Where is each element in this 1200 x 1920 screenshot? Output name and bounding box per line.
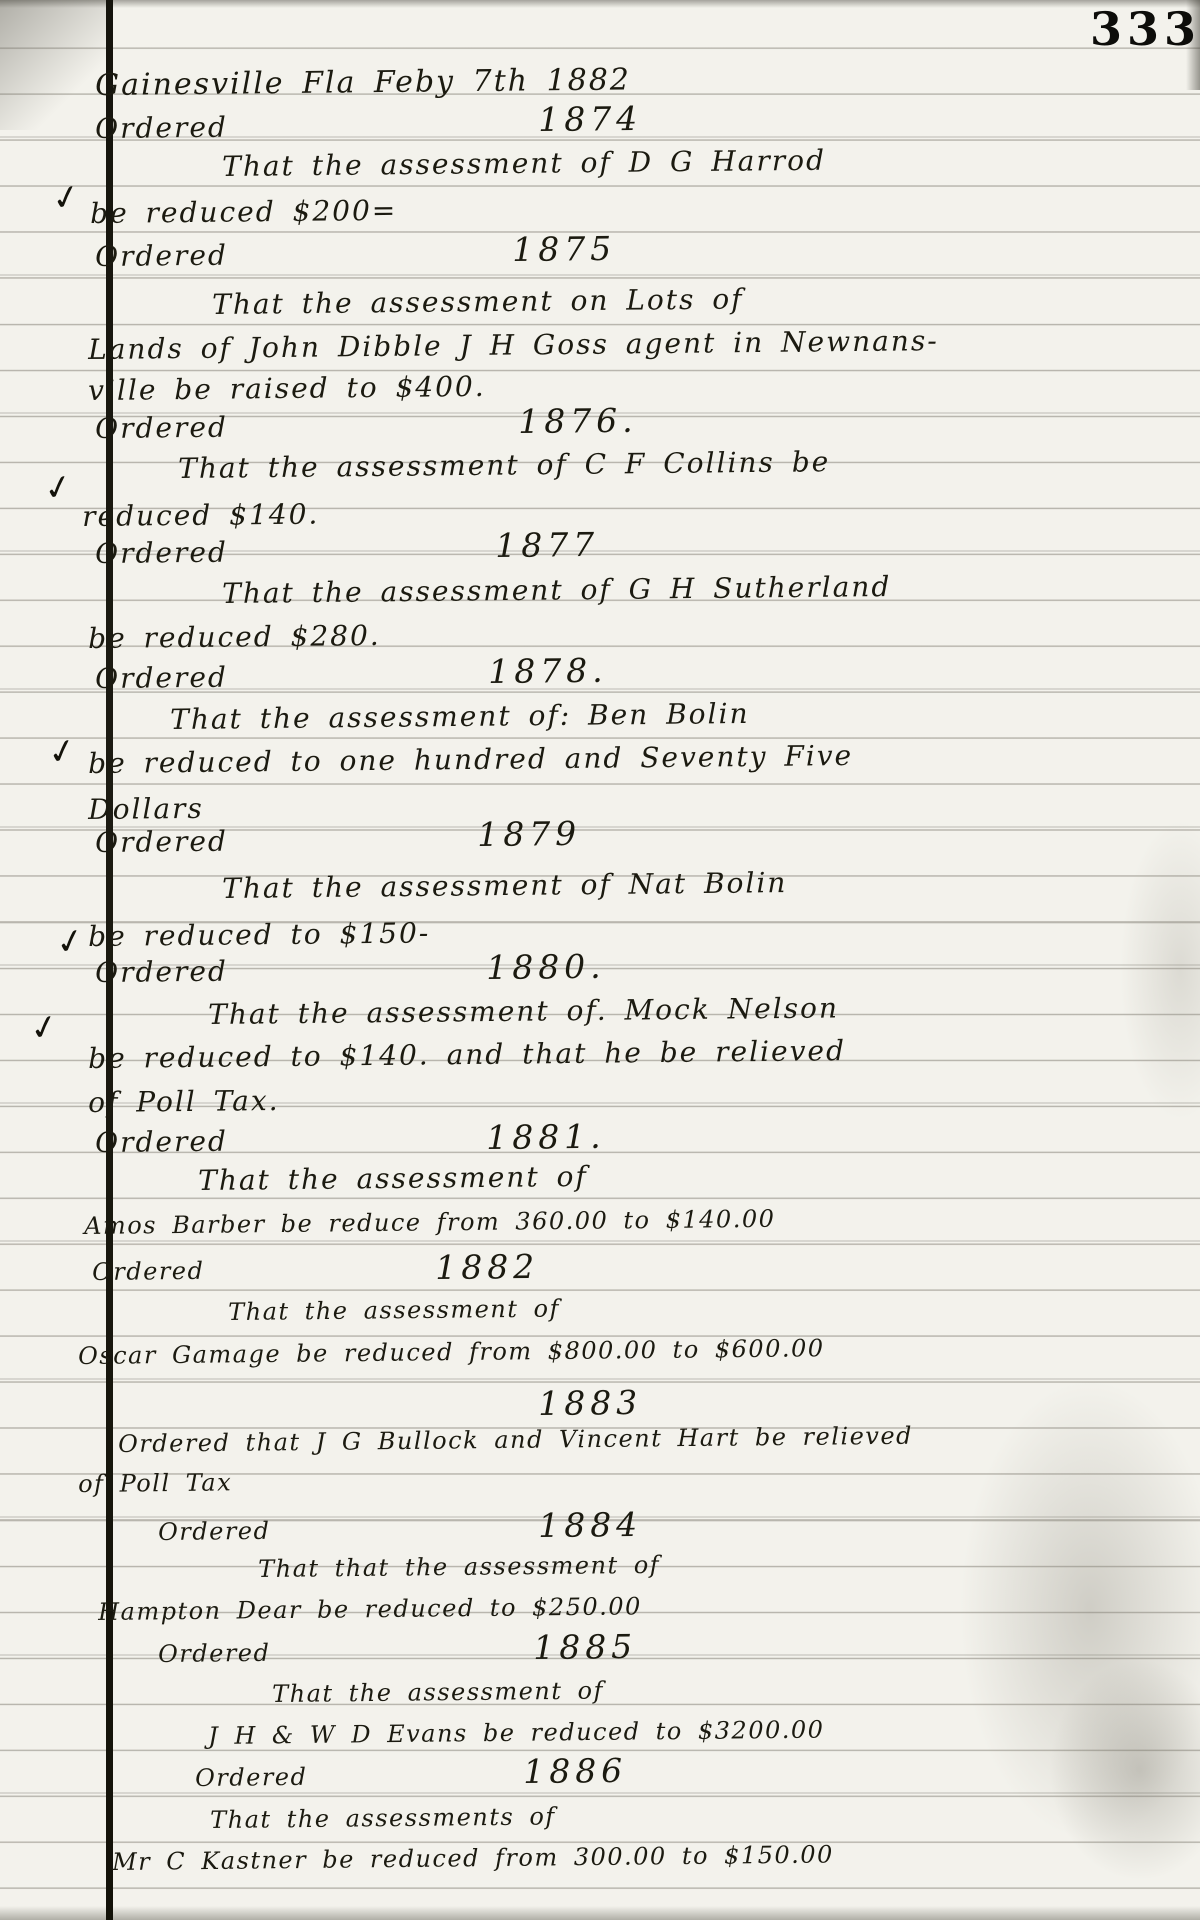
- entry-year: 1877: [495, 525, 599, 565]
- dateline: Gainesville Fla Feby 7th 1882: [95, 62, 631, 103]
- entry-label: Ordered: [92, 1257, 205, 1286]
- ledger-page: { "page_number": "333", "dateline": "Gai…: [0, 0, 1200, 1920]
- entry-line: That the assessment of: [272, 1677, 604, 1708]
- entry-line: reduced $140.: [82, 498, 319, 533]
- entry-year: 1879: [477, 814, 581, 854]
- entry-line: Hampton Dear be reduced to $250.00: [98, 1592, 642, 1626]
- entry-line: of Poll Tax: [78, 1468, 232, 1498]
- entry-line: That the assessment of. Mock Nelson: [208, 991, 839, 1031]
- entry-line: That the assessment of D G Harrod: [222, 144, 826, 183]
- entry-label: Ordered: [95, 661, 228, 695]
- page-number: 333: [1090, 2, 1200, 56]
- entry-year: 1878.: [488, 651, 608, 691]
- entry-line: That the assessment of: [228, 1295, 560, 1326]
- entry-year: 1882: [435, 1247, 539, 1287]
- entry-year: 1886: [523, 1751, 627, 1791]
- entry-label: Ordered: [95, 1125, 228, 1159]
- entry-year: 1885: [533, 1627, 637, 1667]
- entry-label: Ordered: [195, 1763, 308, 1792]
- entry-label: Ordered: [158, 1639, 271, 1668]
- entry-line: Dollars: [88, 792, 204, 826]
- entry-line: That the assessment of: Ben Bolin: [170, 697, 750, 736]
- entry-line: That the assessment of C F Collins be: [178, 445, 830, 485]
- entry-line: That the assessment of G H Sutherland: [222, 570, 891, 610]
- entry-label: Ordered: [95, 239, 228, 273]
- scan-edge-top: [0, 0, 1200, 8]
- entry-label: Ordered: [95, 111, 228, 145]
- entry-label: Ordered: [95, 411, 228, 445]
- entry-year: 1884: [538, 1505, 642, 1545]
- entry-line: be reduced $280.: [88, 619, 381, 655]
- scan-edge-bottom: [0, 1906, 1200, 1920]
- entry-year: 1875: [512, 229, 616, 269]
- scan-shadow-top-left: [0, 0, 110, 130]
- entry-line: That the assessment of Nat Bolin: [222, 866, 788, 905]
- entry-line: That the assessment on Lots of: [212, 282, 744, 321]
- entry-line: be reduced to $150-: [88, 916, 430, 953]
- entry-label: Ordered: [95, 536, 228, 570]
- entry-line: That the assessment of: [198, 1160, 588, 1197]
- entry-year: 1880.: [486, 947, 606, 987]
- entry-label: Ordered: [95, 955, 228, 989]
- entry-year: 1876.: [518, 401, 638, 441]
- entry-line: ville be raised to $400.: [88, 370, 486, 407]
- entry-year: 1883: [538, 1383, 642, 1423]
- entry-line: That that the assessment of: [258, 1551, 660, 1583]
- entry-line: That the assessments of: [210, 1802, 556, 1834]
- entry-year: 1874: [538, 99, 642, 139]
- entry-year: 1881.: [486, 1117, 606, 1157]
- entry-label: Ordered: [95, 825, 228, 859]
- entry-line: be reduced $200=: [90, 194, 397, 230]
- entry-label: Ordered: [158, 1517, 271, 1546]
- entry-line: of Poll Tax.: [88, 1084, 280, 1119]
